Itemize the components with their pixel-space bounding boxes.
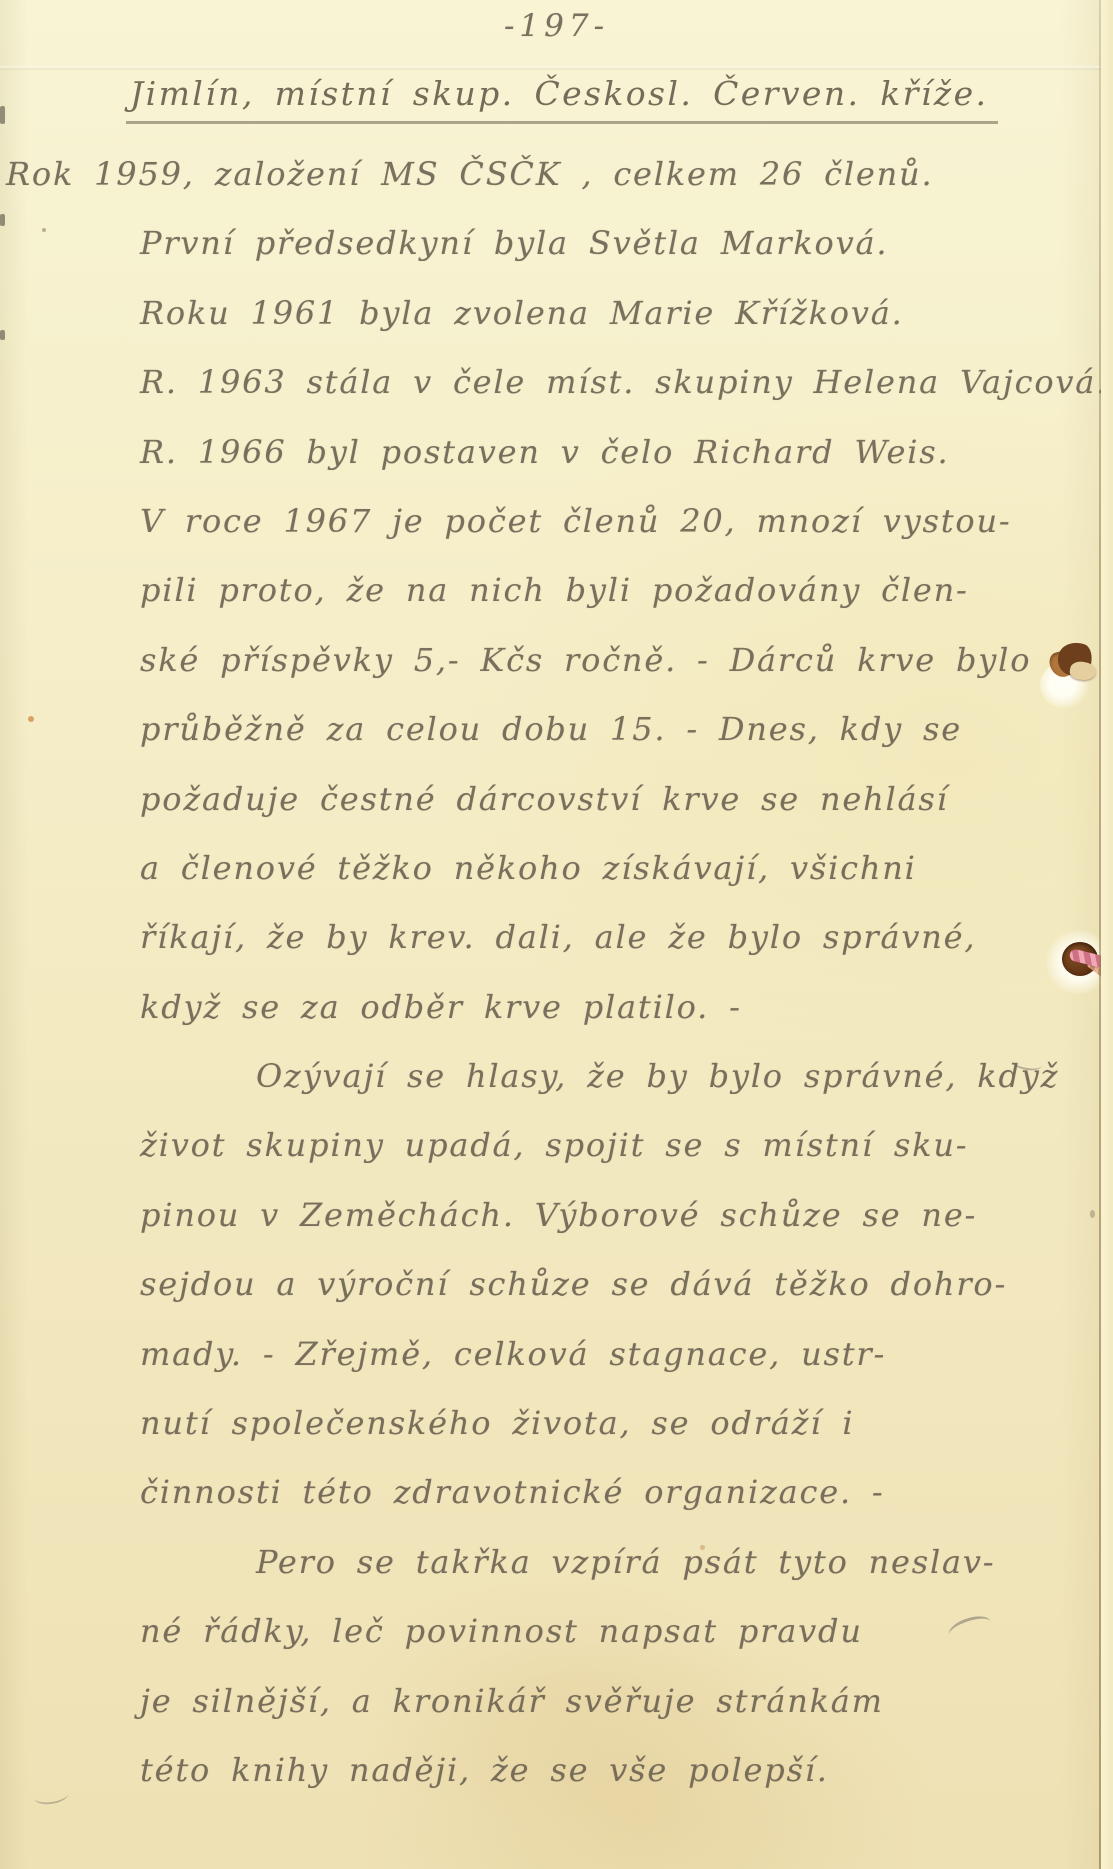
scan-edge-artifact xyxy=(0,330,5,340)
paper-speck xyxy=(700,1545,705,1550)
manuscript-line: průběžně za celou dobu 15. - Dnes, kdy s… xyxy=(0,695,1113,764)
manuscript-line: Rok 1959, založení MS ČSČK , celkem 26 č… xyxy=(0,140,1113,209)
scan-edge-artifact xyxy=(0,214,5,226)
paper-speck xyxy=(1090,1210,1095,1218)
manuscript-line: ské příspěvky 5,- Kčs ročně. - Dárců krv… xyxy=(0,626,1113,695)
manuscript-line: Ozývají se hlasy, že by bylo správné, kd… xyxy=(0,1042,1113,1111)
next-page-strip xyxy=(1101,0,1113,1869)
paper-crease-line xyxy=(0,66,1113,70)
paper-speck xyxy=(28,716,34,722)
manuscript-line: říkají, že by krev. dali, ale že bylo sp… xyxy=(0,903,1113,972)
manuscript-line: nutí společenského života, se odráží i xyxy=(0,1389,1113,1458)
manuscript-line: sejdou a výroční schůze se dává těžko do… xyxy=(0,1250,1113,1319)
torn-binding-hole xyxy=(1040,636,1106,712)
page-number: -197- xyxy=(0,8,1113,44)
manuscript-line: První předsedkyní byla Světla Marková. xyxy=(0,209,1113,278)
manuscript-line: život skupiny upadá, spojit se s místní … xyxy=(0,1111,1113,1180)
paper-speck xyxy=(42,228,46,232)
paper-sheet: -197- Jimlín, místní skup. Českosl. Červ… xyxy=(0,0,1113,1869)
manuscript-line: pinou v Zeměchách. Výborové schůze se ne… xyxy=(0,1181,1113,1250)
manuscript-line: když se za odběr krve platilo. - xyxy=(0,973,1113,1042)
manuscript-line: činnosti této zdravotnické organizace. - xyxy=(0,1458,1113,1527)
manuscript-line: požaduje čestné dárcovství krve se nehlá… xyxy=(0,765,1113,834)
manuscript-line: R. 1963 stála v čele míst. skupiny Helen… xyxy=(0,348,1113,417)
manuscript-line: mady. - Zřejmě, celková stagnace, ustr- xyxy=(0,1320,1113,1389)
scan-edge-artifact xyxy=(0,106,5,124)
manuscript-line: né řádky, leč povinnost napsat pravdu xyxy=(0,1597,1113,1666)
manuscript-line: Roku 1961 byla zvolena Marie Křížková. xyxy=(0,279,1113,348)
manuscript-line: pili proto, že na nich byli požadovány č… xyxy=(0,556,1113,625)
manuscript-text-block: Rok 1959, založení MS ČSČK , celkem 26 č… xyxy=(0,140,1113,1805)
manuscript-line: a členové těžko někoho získávají, všichn… xyxy=(0,834,1113,903)
scanned-chronicle-page: { "document": { "kind": "handwritten chr… xyxy=(0,0,1113,1869)
page-title: Jimlín, místní skup. Českosl. Červen. kř… xyxy=(126,74,998,124)
manuscript-line: Pero se takřka vzpírá psát tyto neslav- xyxy=(0,1528,1113,1597)
manuscript-line: je silnější, a kronikář svěřuje stránkám xyxy=(0,1667,1113,1736)
manuscript-line: R. 1966 byl postaven v čelo Richard Weis… xyxy=(0,418,1113,487)
manuscript-line: této knihy naději, že se vše polepší. xyxy=(0,1736,1113,1805)
manuscript-line: V roce 1967 je počet členů 20, mnozí vys… xyxy=(0,487,1113,556)
